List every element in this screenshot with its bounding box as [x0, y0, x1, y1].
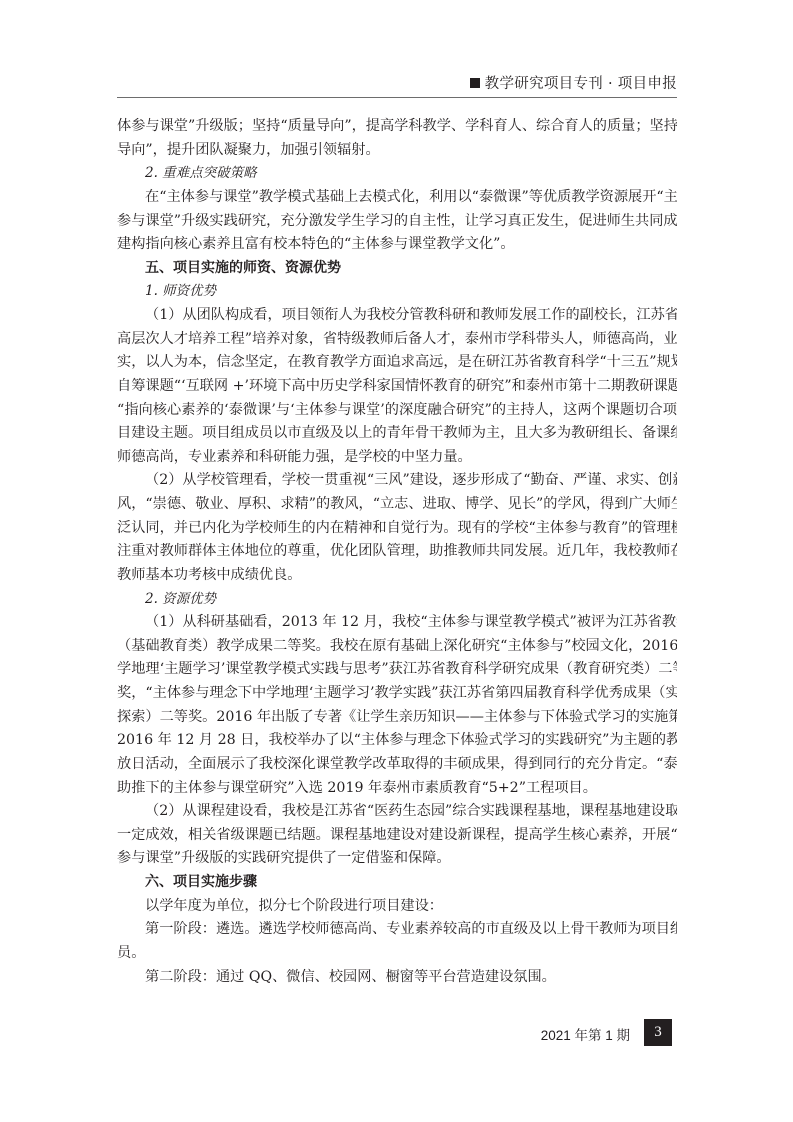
text-line: 探索）二等奖。2016 年出版了专著《让学生亲历知识——主体参与下体验式学习的实… — [117, 706, 677, 730]
text-line: 奖，“主体参与理念下中学地理‘主题学习’教学实践”获江苏省第四届教育科学优秀成果… — [117, 682, 677, 706]
square-bullet-icon — [470, 78, 480, 88]
text-line: 高层次人才培养工程”培养对象，省特级教师后备人才，泰州市学科带头人，师德高尚，业… — [117, 328, 677, 352]
text-line: 一定成效，相关省级课题已结题。课程基地建设对建设新课程，提高学生核心素养，开展“… — [117, 824, 677, 848]
text-line: （2）从课程建设看，我校是江苏省“医药生态园”综合实践课程基地，课程基地建设取得… — [117, 800, 677, 824]
text-line: 风，“崇德、敬业、厚积、求精”的教风，“立志、进取、博学、见长”的学风，得到广大… — [117, 493, 677, 517]
subsection-heading: 2. 重难点突破策略 — [117, 162, 677, 186]
page-footer: 2021 年第 1 期 3 — [480, 1019, 672, 1047]
text-line: 参与课堂”升级实践研究，充分激发学生学习的自主性，让学习真正发生，促进师生共同成… — [117, 210, 677, 234]
text-line: （1）从团队构成看，项目领衔人为我校分管教科研和教师发展工作的副校长，江苏省“3… — [117, 304, 677, 328]
text-line: 注重对教师群体主体地位的尊重，优化团队管理，助推教师共同发展。近几年，我校教师在… — [117, 540, 677, 564]
subsection-heading: 2. 资源优势 — [117, 588, 677, 612]
text-line: 以学年度为单位，拟分七个阶段进行项目建设： — [117, 895, 677, 919]
text-line: “指向核心素养的‘泰微课’与‘主体参与课堂’的深度融合研究”的主持人，这两个课题… — [117, 399, 677, 423]
text-line: 导向”，提升团队凝聚力，加强引领辐射。 — [117, 139, 677, 163]
text-line: 教师基本功考核中成绩优良。 — [117, 564, 677, 588]
text-line: 建构指向核心素养且富有校本特色的“主体参与课堂教学文化”。 — [117, 233, 677, 257]
text-line: 学地理‘主题学习’课堂教学模式实践与思考”获江苏省教育科学研究成果（教育研究类）… — [117, 658, 677, 682]
text-line: 自筹课题“‘互联网 +’环境下高中历史学科家国情怀教育的研究”和泰州市第十二期教… — [117, 375, 677, 399]
section-heading: 六、项目实施步骤 — [117, 871, 677, 895]
text-line: 员。 — [117, 942, 677, 966]
issue-label: 2021 年第 1 期 — [541, 1024, 630, 1044]
text-line: 第一阶段：遴选。遴选学校师德高尚、专业素养较高的市直级及以上骨干教师为项目组成 — [117, 918, 677, 942]
body-text: 体参与课堂”升级版；坚持“质量导向”，提高学科教学、学科育人、综合育人的质量；坚… — [117, 115, 677, 989]
text-line: 目建设主题。项目组成员以市直级及以上的青年骨干教师为主，且大多为教研组长、备课组… — [117, 422, 677, 446]
text-line: 体参与课堂”升级版；坚持“质量导向”，提高学科教学、学科育人、综合育人的质量；坚… — [117, 115, 677, 139]
section-heading: 五、项目实施的师资、资源优势 — [117, 257, 677, 281]
text-line: 第二阶段：通过 QQ、微信、校园网、橱窗等平台营造建设氛围。 — [117, 966, 677, 990]
text-line: 实，以人为本，信念坚定，在教育教学方面追求高远，是在研江苏省教育科学“十三五”规… — [117, 351, 677, 375]
text-line: 2016 年 12 月 28 日，我校举办了以“主体参与理念下体验式学习的实践研… — [117, 729, 677, 753]
text-line: 在“主体参与课堂”教学模式基础上去模式化，利用以“泰微课”等优质教学资源展开“主… — [117, 186, 677, 210]
text-line: （基础教育类）教学成果二等奖。我校在原有基础上深化研究“主体参与”校园文化，20… — [117, 635, 677, 659]
running-header-title: 教学研究项目专刊 · 项目申报 — [485, 76, 677, 92]
text-line: 助推下的主体参与课堂研究”入选 2019 年泰州市素质教育“5+2”工程项目。 — [117, 777, 677, 801]
text-line: 参与课堂”升级版的实践研究提供了一定借鉴和保障。 — [117, 847, 677, 871]
page-number: 3 — [644, 1019, 672, 1046]
running-header: 教学研究项目专刊 · 项目申报 — [117, 76, 677, 98]
subsection-heading: 1. 师资优势 — [117, 280, 677, 304]
text-line: 泛认同，并已内化为学校师生的内在精神和自觉行为。现有的学校“主体参与教育”的管理… — [117, 517, 677, 541]
text-line: 师德高尚，专业素养和科研能力强，是学校的中坚力量。 — [117, 446, 677, 470]
text-line: （2）从学校管理看，学校一贯重视“三风”建设，逐步形成了“勤奋、严谨、求实、创新… — [117, 469, 677, 493]
text-line: 放日活动，全面展示了我校深化课堂教学改革取得的丰硕成果，得到同行的充分肯定。“泰… — [117, 753, 677, 777]
text-line: （1）从科研基础看，2013 年 12 月，我校“主体参与课堂教学模式”被评为江… — [117, 611, 677, 635]
